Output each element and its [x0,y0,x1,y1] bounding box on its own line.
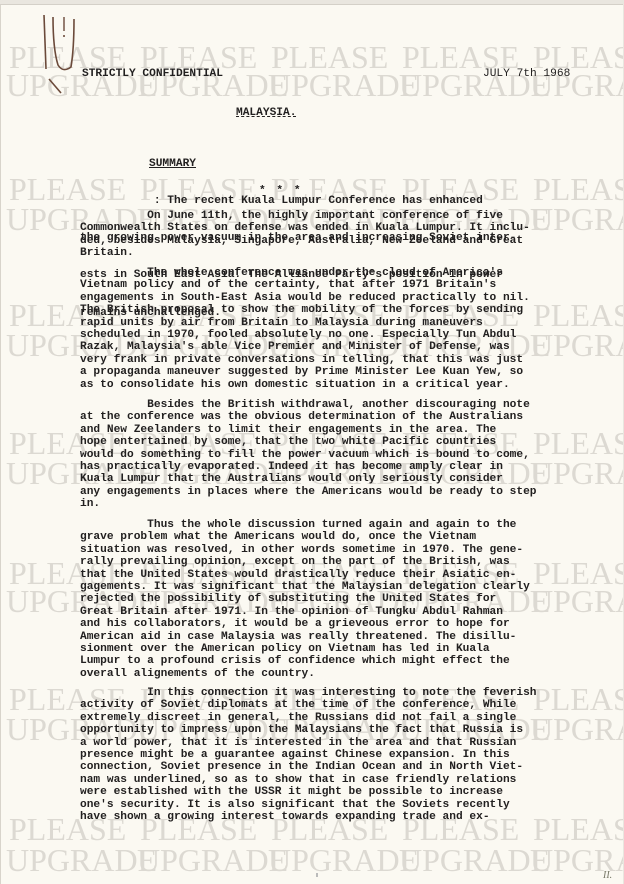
paragraph-1: On June 11th, the highly important confe… [80,210,610,260]
paragraph-line: nam was underlined, so as to show that i… [80,774,610,786]
paragraph-5: In this connection it was interesting to… [80,687,610,823]
paragraph-line: Besides the British withdrawal, another … [80,399,610,411]
paragraph-line: and New Zeelanders to limit their engage… [80,424,610,436]
paragraph-line: were established with the USSR it might … [80,786,610,798]
paragraph-line: connection, Soviet presence in the India… [80,761,610,773]
paragraph-line: grave problem what the Americans would d… [80,531,610,543]
paragraph-line: one's security. It is also significant t… [80,799,610,811]
paragraph-line: activity of Soviet diplomats at the time… [80,699,610,711]
paragraph-line: hope entertained by some, that the two w… [80,436,610,448]
paragraph-line: would do something to fill the power vac… [80,449,610,461]
paragraph-line: ded, besides Malaysia, Singapore, Austra… [80,235,610,247]
summary-line: : The recent Kuala Lumpur Conference has… [80,195,610,207]
paragraph-line: sionment over the American policy on Vie… [80,643,610,655]
paper-speck [316,873,318,877]
paragraph-line: gagements. It was significant that the M… [80,581,610,593]
paragraph-4: Thus the whole discussion turned again a… [80,519,610,680]
paragraph-line: rapid units by air from Britain to Malay… [80,317,610,329]
classification-label: STRICTLY CONFIDENTIAL [82,68,223,80]
paragraph-line: Vietnam policy and of the certainty, tha… [80,279,610,291]
paragraph-line: overall alignements of the country. [80,668,610,680]
paragraph-line: Commonwealth States on defense was ended… [80,222,610,234]
paragraph-line: a world power, that it is interested in … [80,737,610,749]
section-separator: * * * [259,185,303,197]
paragraph-line: very frank in private conversations in t… [80,354,610,366]
paragraph-line: engagements in South-East Asia would be … [80,292,610,304]
paragraph-line: presence might be a guarantee against Ch… [80,749,610,761]
paragraph-3: Besides the British withdrawal, another … [80,399,610,511]
paragraph-line: On June 11th, the highly important confe… [80,210,610,222]
paragraph-line: have shown a growing interest towards ex… [80,811,610,823]
document-date: JULY 7th 1968 [483,68,570,80]
document-title: MALAYSIA. [236,107,296,119]
paragraph-2: The whole conference was under the cloud… [80,267,610,391]
paragraph-line: situation was resolved, in other words s… [80,544,610,556]
paragraph-line: in. [80,498,610,510]
paragraph-line: that the United States would drastically… [80,569,610,581]
paragraph-line: a propaganda maneuver suggested by Prime… [80,366,610,378]
paragraph-line: as to consolidate his own domestic situa… [80,379,610,391]
paragraph-line: rally prevailing opinion, except on the … [80,556,610,568]
paragraph-line: Lumpur to a profound crisis of confidenc… [80,655,610,667]
title-text: MALAYSIA. [236,107,296,119]
paragraph-line: Thus the whole discussion turned again a… [80,519,610,531]
paragraph-line: Great Britain after 1971. In the opinion… [80,606,610,618]
page-number: II. [603,870,612,882]
paragraph-line: Kuala Lumpur that the Australians would … [80,473,610,485]
paragraph-line: and his collaborators, it would be a gri… [80,618,610,630]
paragraph-line: rejected the possibility of substituting… [80,593,610,605]
paragraph-line: In this connection it was interesting to… [80,687,610,699]
document-page: PLEASEPLEASEPLEASEPLEASEPLEASEPLEASEPLEA… [0,4,623,883]
paragraph-line: has practically evaporated. Indeed it ha… [80,461,610,473]
paragraph-line: scheduled in 1970, fooled absolutely no … [80,329,610,341]
paragraph-line: Razak, Malaysia's able Vice Premier and … [80,341,610,353]
paragraph-line: opportunity to impress upon the Malaysia… [80,724,610,736]
paragraph-line: extremely discreet in general, the Russi… [80,712,610,724]
paragraph-line: at the conference was the obvious determ… [80,411,610,423]
paragraph-line: any engagements in places where the Amer… [80,486,610,498]
paragraph-line: The whole conference was under the cloud… [80,267,610,279]
paragraph-line: Britain. [80,247,610,259]
document-body: STRICTLY CONFIDENTIAL JULY 7th 1968 MALA… [1,5,623,883]
paragraph-line: American aid in case Malaysia was really… [80,631,610,643]
paragraph-line: The British proposal to show the mobilit… [80,304,610,316]
summary-label: SUMMARY [149,158,196,170]
